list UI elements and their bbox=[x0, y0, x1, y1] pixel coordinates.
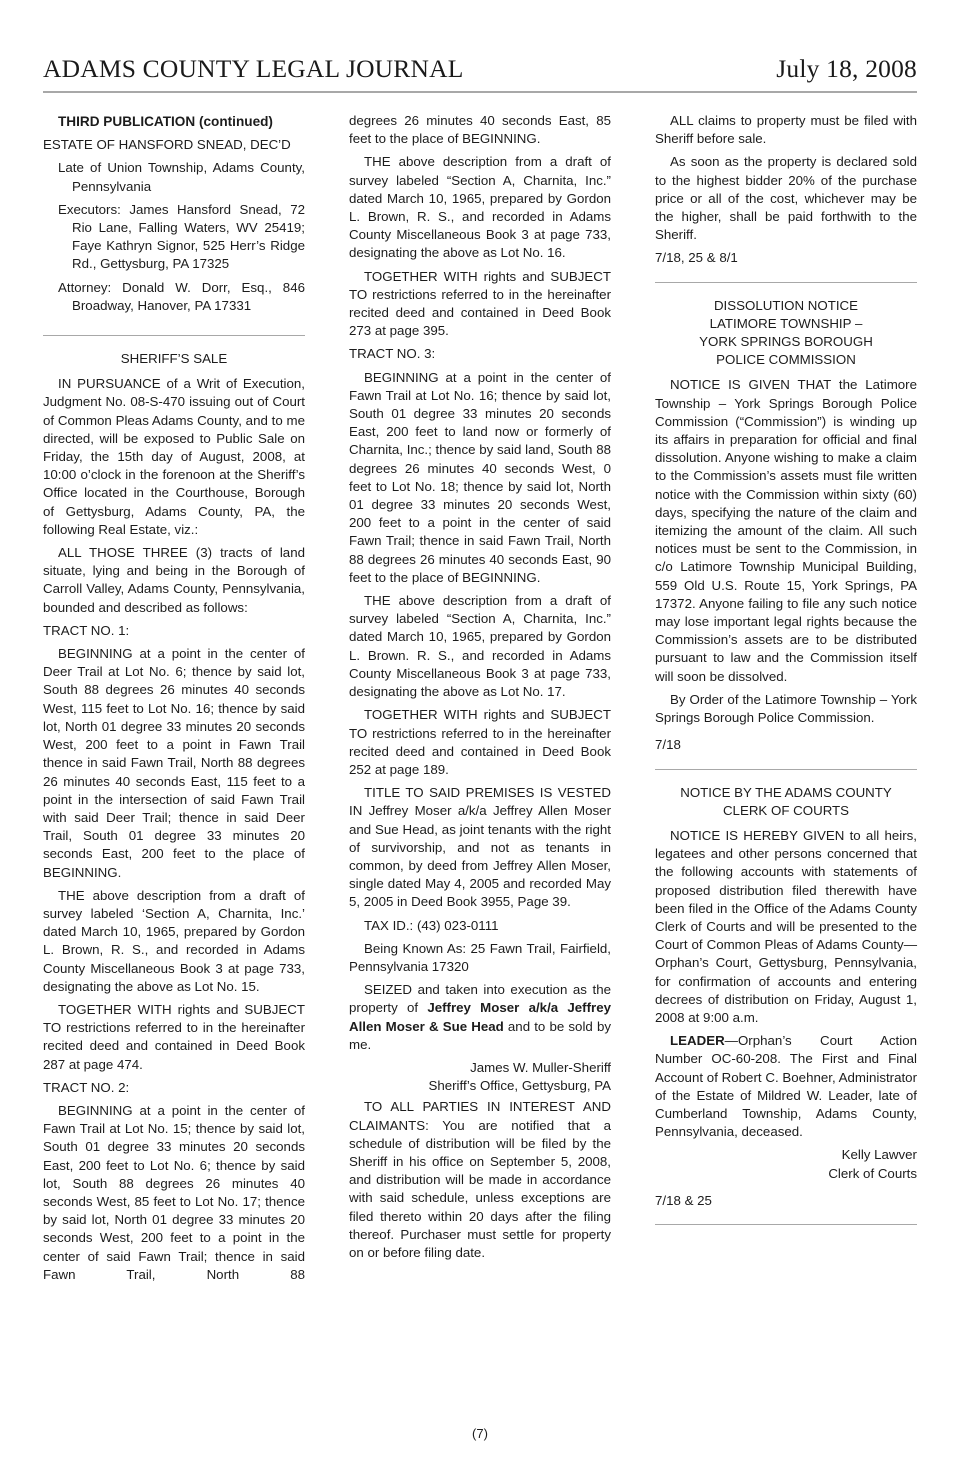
estate-attorney: Attorney: Donald W. Dorr, Esq., 846 Broa… bbox=[43, 279, 305, 315]
clerk-body: NOTICE IS HEREBY GIVEN to all heirs, leg… bbox=[655, 827, 917, 1027]
tracts-paragraph: ALL THOSE THREE (3) tracts of land situa… bbox=[43, 544, 305, 617]
section-divider bbox=[43, 335, 305, 336]
section-divider bbox=[655, 769, 917, 770]
estate-executors: Executors: James Hansford Snead, 72 Rio … bbox=[43, 201, 305, 274]
dissolution-order: By Order of the Latimore Township – York… bbox=[655, 691, 917, 727]
masthead: ADAMS COUNTY LEGAL JOURNAL July 18, 2008 bbox=[43, 52, 917, 92]
tract1-survey: THE above description from a draft of su… bbox=[43, 887, 305, 996]
estate-residence: Late of Union Township, Adams County, Pe… bbox=[43, 159, 305, 195]
section-heading: THIRD PUBLICATION (continued) bbox=[43, 113, 305, 131]
dissolution-body: NOTICE IS GIVEN THAT the Latimore Townsh… bbox=[655, 376, 917, 685]
leader-account: LEADER—Orphan’s Court Action Number OC-6… bbox=[655, 1032, 917, 1141]
tract3-description: BEGINNING at a point in the center of Fa… bbox=[349, 369, 611, 587]
known-as: Being Known As: 25 Fawn Trail, Fairfield… bbox=[349, 940, 611, 976]
tract3-restrictions: TOGETHER WITH rights and SUBJECT TO rest… bbox=[349, 706, 611, 779]
tract2-survey: THE above description from a draft of su… bbox=[349, 153, 611, 262]
section-divider bbox=[655, 1224, 917, 1225]
tract1-label: TRACT NO. 1: bbox=[43, 622, 305, 640]
tract2-description-start: BEGINNING at a point in the center of Fa… bbox=[43, 1102, 305, 1284]
column-middle: degrees 26 minutes 40 seconds East, 85 f… bbox=[349, 112, 611, 1267]
dissolution-dates: 7/18 bbox=[655, 736, 917, 754]
tract3-label: TRACT NO. 3: bbox=[349, 345, 611, 363]
column-left: THIRD PUBLICATION (continued) ESTATE OF … bbox=[43, 112, 305, 1289]
title-vesting: TITLE TO SAID PREMISES IS VESTED IN Jeff… bbox=[349, 784, 611, 911]
publication-title: ADAMS COUNTY LEGAL JOURNAL bbox=[43, 54, 464, 84]
clerk-heading: NOTICE BY THE ADAMS COUNTY CLERK OF COUR… bbox=[655, 784, 917, 820]
parties-notice: TO ALL PARTIES IN INTEREST AND CLAIMANTS… bbox=[349, 1098, 611, 1262]
claims-paragraph: ALL claims to property must be filed wit… bbox=[655, 112, 917, 148]
writ-paragraph: IN PURSUANCE of a Writ of Execution, Jud… bbox=[43, 375, 305, 539]
tract2-label: TRACT NO. 2: bbox=[43, 1079, 305, 1097]
page-number: (7) bbox=[0, 1426, 960, 1441]
masthead-divider bbox=[43, 91, 917, 93]
tract3-survey: THE above description from a draft of su… bbox=[349, 592, 611, 701]
tract2-description-end: degrees 26 minutes 40 seconds East, 85 f… bbox=[349, 112, 611, 148]
clerk-dates: 7/18 & 25 bbox=[655, 1192, 917, 1210]
clerk-signature-title: Clerk of Courts bbox=[655, 1165, 917, 1183]
tract1-description: BEGINNING at a point in the center of De… bbox=[43, 645, 305, 882]
dissolution-heading: DISSOLUTION NOTICE LATIMORE TOWNSHIP – Y… bbox=[655, 297, 917, 370]
clerk-signature-name: Kelly Lawver bbox=[655, 1146, 917, 1164]
section-divider bbox=[655, 282, 917, 283]
column-right: ALL claims to property must be filed wit… bbox=[655, 112, 917, 1239]
estate-name: ESTATE OF HANSFORD SNEAD, DEC’D bbox=[43, 136, 305, 154]
leader-name: LEADER bbox=[670, 1033, 725, 1048]
issue-date: July 18, 2008 bbox=[776, 54, 917, 84]
tax-id: TAX ID.: (43) 023-0111 bbox=[349, 917, 611, 935]
sheriff-sale-heading: SHERIFF’S SALE bbox=[43, 350, 305, 368]
tract2-restrictions: TOGETHER WITH rights and SUBJECT TO rest… bbox=[349, 268, 611, 341]
sheriff-name: James W. Muller-Sheriff bbox=[349, 1059, 611, 1077]
sheriff-office: Sheriff’s Office, Gettysburg, PA bbox=[349, 1077, 611, 1095]
tract1-restrictions: TOGETHER WITH rights and SUBJECT TO rest… bbox=[43, 1001, 305, 1074]
sheriff-sale-dates: 7/18, 25 & 8/1 bbox=[655, 249, 917, 267]
seized-paragraph: SEIZED and taken into execution as the p… bbox=[349, 981, 611, 1054]
payment-paragraph: As soon as the property is declared sold… bbox=[655, 153, 917, 244]
